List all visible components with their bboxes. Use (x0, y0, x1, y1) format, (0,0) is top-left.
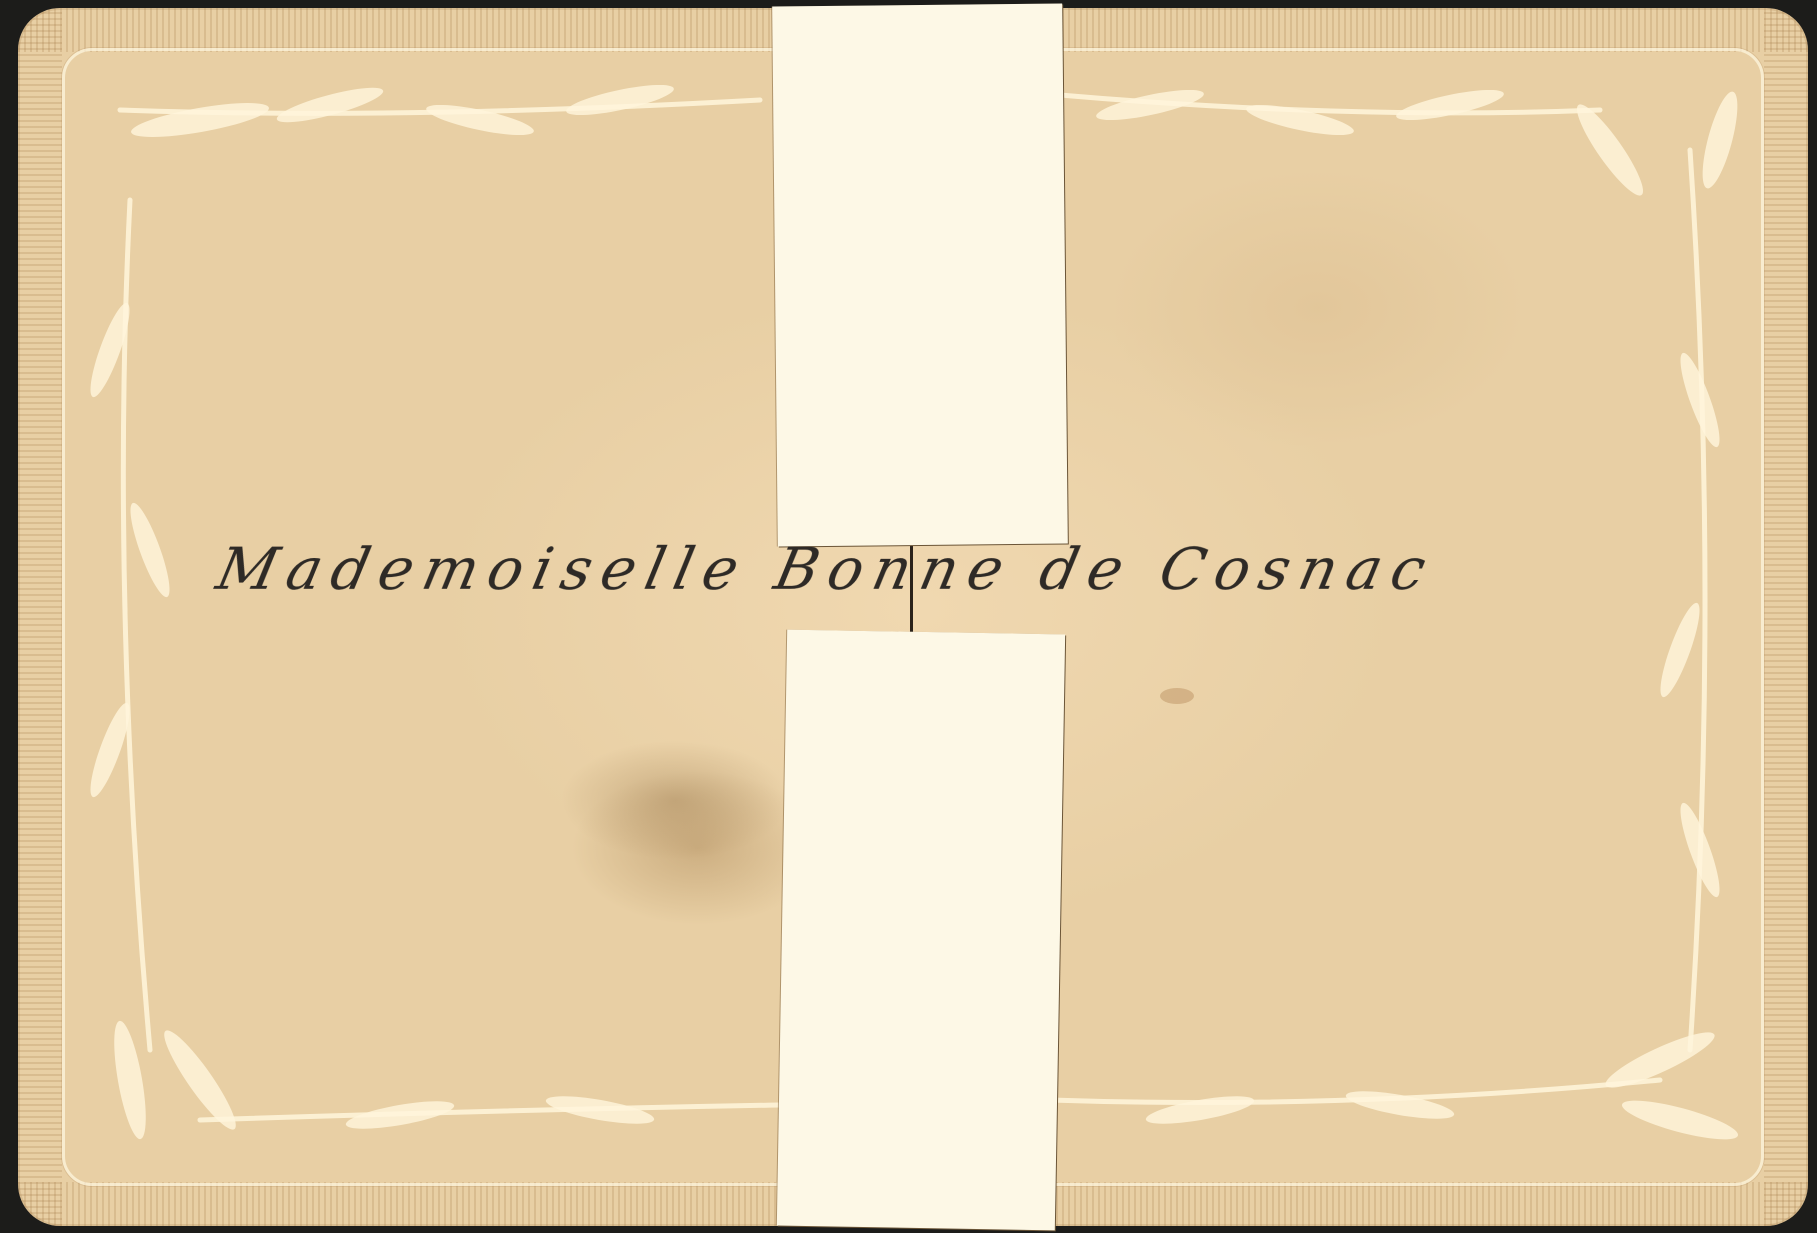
small-stain (1160, 688, 1194, 704)
tape-strip-top (772, 3, 1068, 546)
water-stain (560, 740, 790, 860)
handwritten-inscription: Mademoiselle Bonne de Cosnac (211, 535, 1576, 605)
tape-strip-bottom (777, 630, 1065, 1231)
